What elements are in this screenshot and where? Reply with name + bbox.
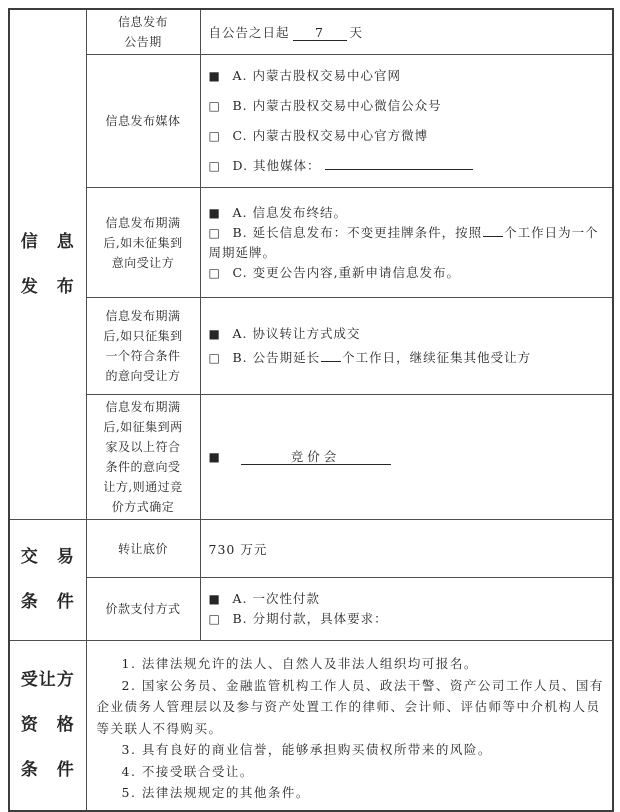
fill-blank-days: 7	[293, 25, 347, 41]
qualification-item: 4. 不接受联合受让。	[97, 761, 605, 783]
row-label-one-qualified-transferee: 信息发布期满 后,如只征集到 一个符合条件 的意向受让方	[86, 298, 200, 395]
checkbox-checked-icon: ■	[209, 203, 223, 223]
table-row: 信息发布期满 后,如未征集到 意向受让方 ■A. 信息发布终结。 □B. 延长信…	[9, 188, 613, 298]
group-label-line: 资 格	[21, 716, 75, 735]
qualification-item: 3. 具有良好的商业信誉，能够承担购买债权所带来的风险。	[97, 739, 605, 761]
option-row: □D. 其他媒体：	[209, 151, 607, 181]
fill-suffix: 天	[350, 25, 364, 40]
content-qualification-terms: 1. 法律法规允许的法人、自然人及非法人组织均可报名。 2. 国家公务员、金融监…	[86, 641, 613, 811]
row-label-line: 转让底价	[87, 537, 200, 561]
table-row: 信息发布期满 后,如只征集到 一个符合条件 的意向受让方 ■A. 协议转让方式成…	[9, 298, 613, 395]
row-label-no-intended-transferee: 信息发布期满 后,如未征集到 意向受让方	[86, 188, 200, 298]
document-page: 信 息 发 布 信息发布 公告期 自公告之日起7天 信息发布媒体 ■A. 内蒙古…	[0, 0, 620, 791]
row-label-line: 信息发布期满	[90, 306, 197, 326]
checkbox-checked-icon: ■	[209, 322, 223, 346]
option-row: □C. 内蒙古股权交易中心官方微博	[209, 121, 607, 151]
row-label-line: 后,如只征集到	[90, 326, 197, 346]
option-row: ■A. 信息发布终结。	[209, 203, 607, 223]
option-label: C. 内蒙古股权交易中心官方微博	[233, 128, 429, 143]
option-row: ■竞价会	[209, 449, 607, 465]
option-row: □B. 延长信息发布：不变更挂牌条件，按照个工作日为一个周期延牌。	[209, 223, 607, 263]
option-row: □B. 分期付款，具体要求：	[209, 609, 607, 629]
option-row: □C. 变更公告内容,重新申请信息发布。	[209, 263, 607, 283]
option-label: C. 变更公告内容,重新申请信息发布。	[233, 265, 461, 280]
checkbox-checked-icon: ■	[209, 450, 223, 464]
option-label: B. 公告期延长	[233, 350, 321, 365]
row-label-release-media: 信息发布媒体	[86, 55, 200, 188]
table-row: 受让方 资 格 条 件 1. 法律法规允许的法人、自然人及非法人组织均可报名。 …	[9, 641, 613, 811]
row-label-line: 价款支付方式	[87, 597, 200, 621]
row-label-line: 信息发布期满	[90, 213, 197, 233]
checkbox-unchecked-icon: □	[209, 346, 223, 370]
row-label-line: 价方式确定	[90, 497, 197, 517]
checkbox-unchecked-icon: □	[209, 223, 223, 243]
blank-underline	[483, 236, 503, 237]
content-transfer-base-price: 730 万元	[200, 520, 613, 578]
option-label: B. 内蒙古股权交易中心微信公众号	[233, 98, 442, 113]
checkbox-checked-icon: ■	[209, 62, 223, 91]
table-row: 价款支付方式 ■A. 一次性付款 □B. 分期付款，具体要求：	[9, 578, 613, 641]
checkbox-unchecked-icon: □	[209, 263, 223, 283]
table-row: 信息发布期满 后,如征集到两 家及以上符合 条件的意向受 让方,则通过竞 价方式…	[9, 395, 613, 520]
option-label: B. 延长信息发布：不变更挂牌条件，按照	[233, 225, 483, 240]
option-row: ■A. 协议转让方式成交	[209, 322, 607, 346]
group-label-line: 信 息	[21, 233, 75, 252]
row-label-line: 信息发布	[90, 12, 197, 32]
row-label-line: 意向受让方	[90, 253, 197, 273]
row-label-transfer-base-price: 转让底价	[86, 520, 200, 578]
content-release-media: ■A. 内蒙古股权交易中心官网 □B. 内蒙古股权交易中心微信公众号 □C. 内…	[200, 55, 613, 188]
row-label-announcement-period: 信息发布 公告期	[86, 9, 200, 55]
checkbox-unchecked-icon: □	[209, 609, 223, 629]
underlined-value: 竞价会	[241, 449, 391, 465]
checkbox-unchecked-icon: □	[209, 92, 223, 121]
content-auction-method: ■竞价会	[200, 395, 613, 520]
checkbox-unchecked-icon: □	[209, 122, 223, 151]
table-row: 交 易 条 件 转让底价 730 万元	[9, 520, 613, 578]
option-label: A. 协议转让方式成交	[233, 326, 361, 341]
row-label-line: 信息发布期满	[90, 397, 197, 417]
listing-form-table: 信 息 发 布 信息发布 公告期 自公告之日起7天 信息发布媒体 ■A. 内蒙古…	[8, 8, 614, 812]
group-header-information-release: 信 息 发 布	[9, 9, 86, 520]
content-announcement-period: 自公告之日起7天	[200, 9, 613, 55]
checkbox-checked-icon: ■	[209, 589, 223, 609]
row-label-line: 公告期	[90, 32, 197, 52]
row-label-line: 一个符合条件	[90, 346, 197, 366]
group-label-line: 条 件	[21, 593, 75, 612]
group-header-transaction-conditions: 交 易 条 件	[9, 520, 86, 641]
option-label: D. 其他媒体：	[233, 158, 321, 173]
group-label-line: 发 布	[21, 278, 75, 297]
row-label-line: 后,如未征集到	[90, 233, 197, 253]
option-row: □B. 公告期延长个工作日，继续征集其他受让方	[209, 346, 607, 370]
table-row: 信息发布媒体 ■A. 内蒙古股权交易中心官网 □B. 内蒙古股权交易中心微信公众…	[9, 55, 613, 188]
row-label-line: 后,如征集到两	[90, 417, 197, 437]
group-label-line: 受让方	[21, 671, 75, 690]
fill-prefix: 自公告之日起	[209, 25, 290, 40]
row-label-line: 家及以上符合	[90, 437, 197, 457]
row-label-line: 让方,则通过竞	[90, 477, 197, 497]
row-label-payment-method: 价款支付方式	[86, 578, 200, 641]
qualification-item: 2. 国家公务员、金融监管机构工作人员、政法干警、资产公司工作人员、国有企业债务…	[97, 675, 605, 740]
checkbox-unchecked-icon: □	[209, 152, 223, 181]
option-label: A. 信息发布终结。	[233, 205, 347, 220]
option-row: ■A. 一次性付款	[209, 589, 607, 609]
group-label-line: 条 件	[21, 761, 75, 780]
option-row: ■A. 内蒙古股权交易中心官网	[209, 61, 607, 91]
group-header-transferee-qualification: 受让方 资 格 条 件	[9, 641, 86, 811]
content-one-qualified-transferee: ■A. 协议转让方式成交 □B. 公告期延长个工作日，继续征集其他受让方	[200, 298, 613, 395]
option-label: 个工作日，继续征集其他受让方	[342, 350, 531, 365]
group-label-line: 交 易	[21, 548, 75, 567]
qualification-item: 1. 法律法规允许的法人、自然人及非法人组织均可报名。	[97, 653, 605, 675]
table-row: 信 息 发 布 信息发布 公告期 自公告之日起7天	[9, 9, 613, 55]
blank-underline	[321, 361, 341, 362]
option-label: A. 内蒙古股权交易中心官网	[233, 68, 401, 83]
base-price-value: 730 万元	[209, 542, 268, 557]
row-label-line: 条件的意向受	[90, 457, 197, 477]
option-row: □B. 内蒙古股权交易中心微信公众号	[209, 91, 607, 121]
option-label: A. 一次性付款	[233, 591, 320, 606]
option-label: B. 分期付款，具体要求：	[233, 611, 388, 626]
blank-underline	[325, 169, 473, 170]
row-label-two-or-more-transferees: 信息发布期满 后,如征集到两 家及以上符合 条件的意向受 让方,则通过竞 价方式…	[86, 395, 200, 520]
content-payment-method: ■A. 一次性付款 □B. 分期付款，具体要求：	[200, 578, 613, 641]
row-label-line: 信息发布媒体	[87, 109, 200, 133]
content-no-intended-transferee: ■A. 信息发布终结。 □B. 延长信息发布：不变更挂牌条件，按照个工作日为一个…	[200, 188, 613, 298]
qualification-item: 5. 法律法规规定的其他条件。	[97, 782, 605, 804]
row-label-line: 的意向受让方	[90, 366, 197, 386]
